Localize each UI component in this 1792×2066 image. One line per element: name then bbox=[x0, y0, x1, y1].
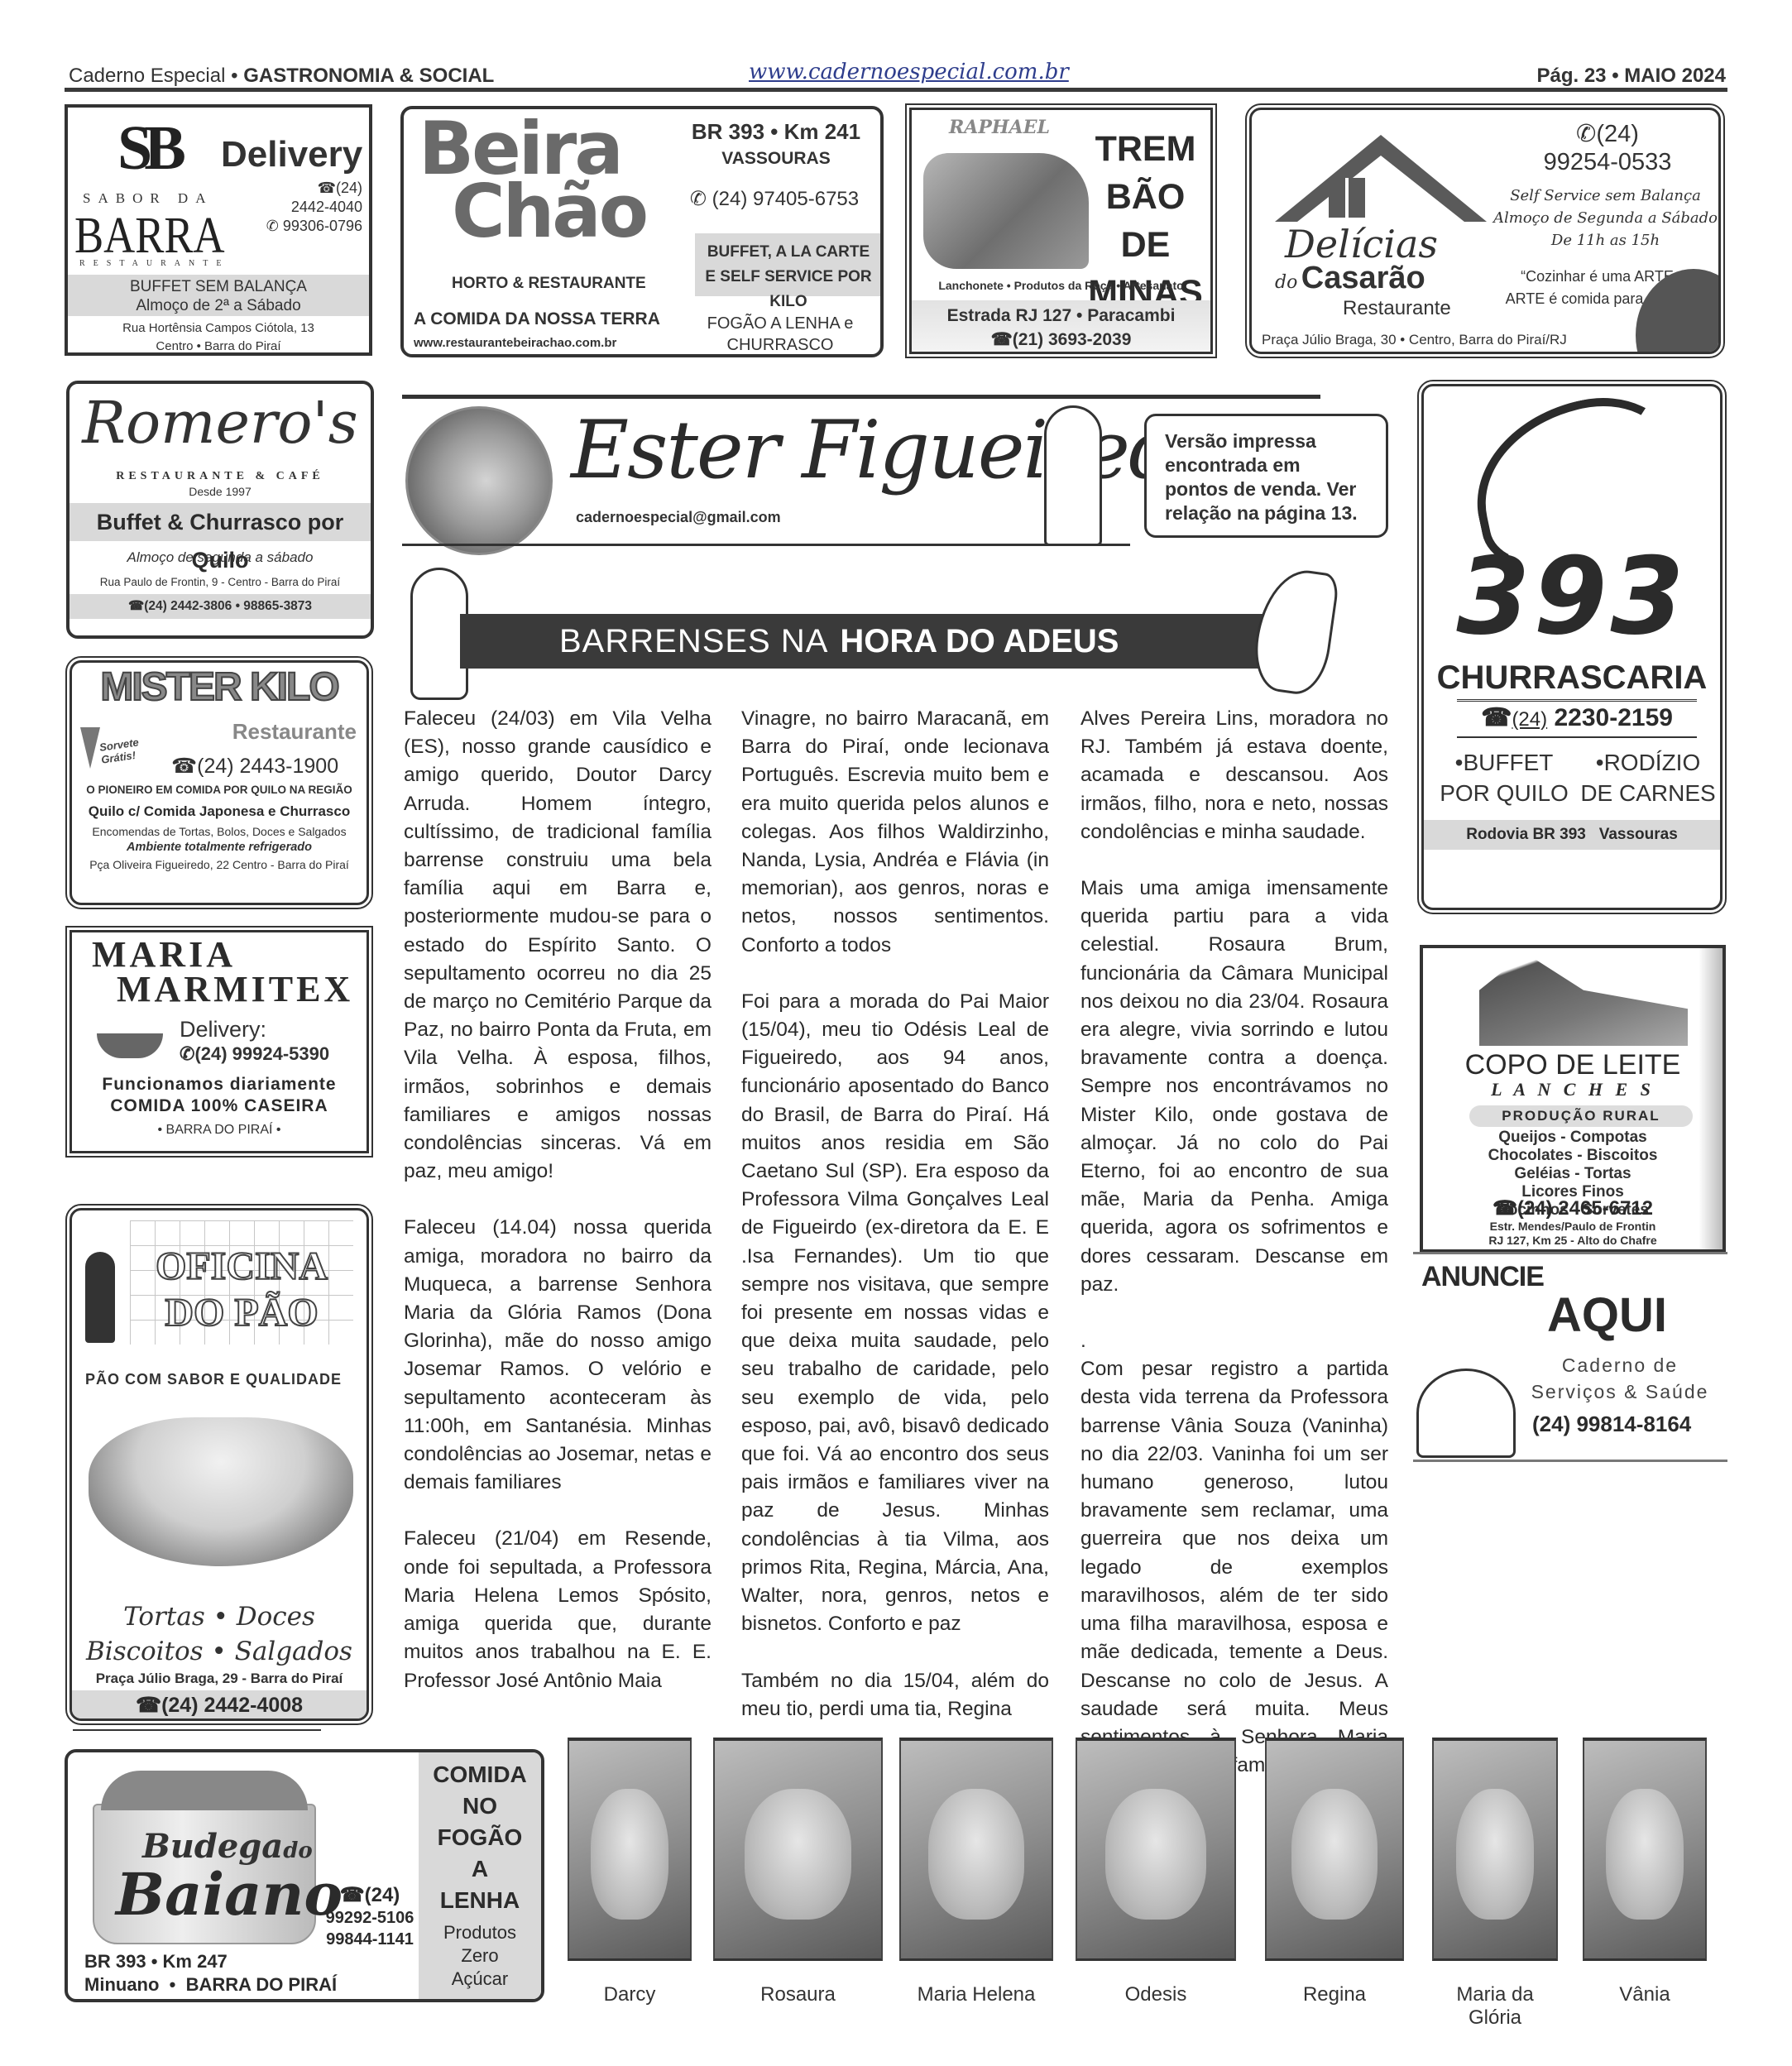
whatsapp-icon: ✆ bbox=[266, 218, 279, 234]
logo-sub: Restaurante bbox=[1343, 297, 1451, 320]
farmhouse-drawing-icon bbox=[1456, 953, 1688, 1046]
publication-name: Caderno Especial bbox=[69, 65, 225, 87]
buffet-band: Buffet & Churrasco por Quilo bbox=[69, 503, 371, 541]
tagline: PÃO COM SABOR E QUALIDADE bbox=[85, 1371, 342, 1388]
address: Pça Oliveira Figueiredo, 22 Centro - Bar… bbox=[72, 858, 367, 871]
address: Praça Júlio Braga, 30 • Centro, Barra do… bbox=[1262, 332, 1567, 348]
sub: L A N C H E S bbox=[1423, 1079, 1723, 1100]
title: COPO DE LEITE bbox=[1423, 1049, 1723, 1081]
headline-banner: BARRENSES NA HORA DO ADEUS bbox=[460, 614, 1287, 669]
brand-main: BARRA bbox=[74, 207, 225, 266]
hours: Almoço de segunda a sábado bbox=[69, 549, 371, 566]
phone: ✆(24) 99254-0533 bbox=[1525, 120, 1690, 176]
ad-beira-chao-main[interactable]: Beira Chão HORTO & RESTAURANTE BR 393 • … bbox=[400, 106, 884, 357]
ad-sabor-da-barra[interactable]: SB Delivery ☎(24) 2442-4040 ✆ 99306-0796… bbox=[65, 104, 372, 356]
face-icon bbox=[928, 1789, 1024, 1920]
paragraph: Vinagre, no bairro Maracanã, em Barra do… bbox=[741, 705, 1049, 960]
face-icon bbox=[1606, 1789, 1683, 1920]
article-column-2: Vinagre, no bairro Maracanã, em Barra do… bbox=[741, 705, 1049, 1723]
author-photo bbox=[405, 406, 553, 555]
house-window-icon bbox=[1329, 178, 1365, 218]
page-info: Pág. 23 • MAIO 2024 bbox=[1536, 65, 1726, 88]
photo-regina bbox=[1265, 1738, 1404, 1961]
headline-light: BARRENSES NA bbox=[559, 623, 828, 660]
anuncie-line2: AQUI bbox=[1547, 1287, 1667, 1343]
phone-icon: ☎ bbox=[340, 1884, 365, 1906]
logo-script: Delícias bbox=[1285, 222, 1438, 266]
products: Tortas • Doces Biscoitos • Salgados bbox=[72, 1599, 367, 1669]
line2: COMIDA 100% CASEIRA bbox=[72, 1096, 367, 1116]
author-email[interactable]: cadernoespecial@gmail.com bbox=[576, 509, 781, 526]
services: Lanchonete • Produtos da Roça • Artesana… bbox=[912, 279, 1210, 292]
article-column-1: Faleceu (24/03) em Vila Velha (ES), noss… bbox=[404, 705, 712, 1695]
line2: Quilo c/ Comida Japonesa e Churrasco bbox=[72, 803, 367, 820]
paragraph: Faleceu (14.04) nossa querida amiga, mor… bbox=[404, 1214, 712, 1497]
headline-bold: HORA DO ADEUS bbox=[840, 623, 1119, 660]
food-plate-icon bbox=[97, 1033, 163, 1058]
brand-top: SABOR DA bbox=[83, 190, 213, 207]
phone: ☎(24) 2230-2159 bbox=[1457, 699, 1697, 738]
address-band: Estrada RJ 127 • Paracambi ☎(21) 3693-20… bbox=[912, 300, 1210, 353]
phones: ☎(24) 99292-5106 99844-1141 bbox=[316, 1883, 424, 1950]
ad-oficina-pao[interactable]: OFICINA DO PÃO PÃO COM SABOR E QUALIDADE… bbox=[69, 1208, 369, 1721]
anuncie-sub: Caderno de Serviços & Saúde bbox=[1521, 1352, 1719, 1405]
section-name: GASTRONOMIA & SOCIAL bbox=[243, 65, 494, 87]
service-band: BUFFET, A LA CARTE E SELF SERVICE POR KI… bbox=[695, 233, 882, 296]
ad-romeros[interactable]: Romero's RESTAURANTE & CAFÉ Desde 1997 B… bbox=[66, 381, 374, 639]
ad-delicias-casarao[interactable]: Delícias do Casarão Restaurante ✆(24) 99… bbox=[1249, 108, 1721, 354]
whatsapp-icon: ✆ bbox=[180, 1043, 194, 1064]
service-1: •BUFFET POR QUILO bbox=[1434, 747, 1574, 808]
phone-icon: ☎ bbox=[318, 180, 336, 196]
photo-caption-regina: Regina bbox=[1265, 1983, 1404, 2006]
header-rule bbox=[65, 88, 1727, 92]
title: MARIA MARMITEX bbox=[92, 937, 353, 1007]
face-icon bbox=[745, 1789, 851, 1920]
bread-basket-icon bbox=[89, 1417, 353, 1566]
phones: ☎(24) 2442-3806 • 98865-3873 bbox=[69, 594, 371, 619]
sub: Restaurante bbox=[232, 719, 357, 745]
owner: RAPHAEL bbox=[949, 117, 1050, 138]
photo-darcy bbox=[568, 1738, 692, 1961]
phone: ☎(24) 2443-1900 bbox=[171, 754, 338, 779]
brand-sub: RESTAURANTE bbox=[79, 259, 229, 268]
photo-vania bbox=[1583, 1738, 1707, 1961]
photo-caption-darcy: Darcy bbox=[568, 1983, 692, 2006]
paragraph: Faleceu (24/03) em Vila Velha (ES), noss… bbox=[404, 705, 712, 1186]
service-2: •RODÍZIO DE CARNES bbox=[1574, 747, 1722, 808]
baker-silhouette-icon bbox=[85, 1252, 115, 1343]
pot-lid-icon bbox=[101, 1771, 308, 1810]
print-note: Versão impressa encontrada em pontos de … bbox=[1144, 414, 1388, 538]
bottom-left-rule bbox=[73, 1729, 321, 1731]
whatsapp-icon: ✆ bbox=[1576, 121, 1596, 147]
phone-icon: ☎ bbox=[128, 599, 144, 613]
dove-icon bbox=[1249, 564, 1340, 697]
anuncie-phone[interactable]: (24) 99814-8164 bbox=[1532, 1412, 1691, 1437]
face-icon bbox=[591, 1789, 668, 1920]
line1: Funcionamos diariamente bbox=[72, 1075, 367, 1095]
photo-caption-odesis: Odesis bbox=[1076, 1983, 1236, 2006]
phone-icon: ☎ bbox=[136, 1694, 161, 1717]
slogan: A COMIDA DA NOSSA TERRA bbox=[414, 309, 660, 329]
side-panel: COMIDA NO FOGÃO A LENHA Produtos Zero Aç… bbox=[419, 1752, 541, 1999]
phone: ✆(24) 99924-5390 bbox=[180, 1043, 329, 1065]
address: Rodovia BR 393 Vassouras bbox=[1424, 820, 1720, 850]
line4: Ambiente totalmente refrigerado bbox=[72, 841, 367, 854]
extra: FOGÃO A LENHA e CHURRASCO bbox=[693, 313, 867, 356]
ad-trem-bao[interactable]: RAPHAEL TREM BÃO DE MINAS Lanchonete • P… bbox=[909, 108, 1213, 354]
copo-address: Estr. Mendes/Paulo de FrontinRJ 127, Km … bbox=[1423, 1220, 1723, 1248]
place: Minuano • BARRA DO PIRAÍ bbox=[84, 1974, 337, 1996]
logo-2: Baiano bbox=[116, 1860, 343, 1929]
section-header: Caderno Especial • GASTRONOMIA & SOCIAL bbox=[69, 65, 494, 88]
face-icon bbox=[1105, 1789, 1206, 1920]
house-roof-inner bbox=[1293, 156, 1469, 225]
since: Desde 1997 bbox=[69, 485, 371, 498]
phone: ☎(24) 2442-4008 bbox=[72, 1690, 367, 1720]
paragraph: . bbox=[1080, 1327, 1388, 1355]
photo-odesis bbox=[1076, 1738, 1236, 1961]
photo-rosaura bbox=[713, 1738, 883, 1961]
logo-sub: HORTO & RESTAURANTE bbox=[452, 275, 646, 293]
whatsapp-icon: ✆ bbox=[690, 188, 707, 210]
hours: Self Service sem Balança Almoço de Segun… bbox=[1488, 185, 1721, 252]
number-393: 393 bbox=[1424, 544, 1720, 651]
photo-caption-vania: Vânia bbox=[1583, 1983, 1707, 2006]
phone: ✆ (24) 97405-6753 bbox=[667, 187, 882, 211]
paragraph: Alves Pereira Lins, moradora no RJ. Tamb… bbox=[1080, 705, 1388, 846]
sb-logo-icon: SB bbox=[117, 113, 178, 185]
paragraph: Mais uma amiga imensamente querida parti… bbox=[1080, 875, 1388, 1299]
promo: Sorvete Grátis! bbox=[98, 733, 159, 765]
title: OFICINA DO PÃO bbox=[117, 1244, 366, 1336]
phone-icon: ☎ bbox=[991, 330, 1013, 349]
paragraph: Com pesar registro a partida desta vida … bbox=[1080, 1355, 1388, 1780]
address: Praça Júlio Braga, 29 - Barra do Piraí bbox=[72, 1671, 367, 1687]
author-name: Ester Figueiredo bbox=[571, 404, 1224, 496]
website[interactable]: www.restaurantebeirachao.com.br bbox=[414, 336, 616, 350]
train-icon bbox=[923, 153, 1089, 269]
ad-mister-kilo-box[interactable]: MISTER KILO Restaurante Sorvete Grátis! … bbox=[69, 660, 369, 905]
paragraph: Foi para a morada do Pai Maior (15/04), … bbox=[741, 988, 1049, 1639]
road: BR 393 • Km 241 bbox=[677, 119, 875, 145]
anuncie-top-rule bbox=[1413, 1252, 1727, 1254]
copo-phone: ☎(24) 2465-6712 bbox=[1423, 1196, 1723, 1220]
address: Rua Hortênsia Campos Ciótola, 13 Centro … bbox=[68, 319, 369, 356]
logo: Romero's bbox=[69, 389, 371, 457]
column-bottom-rule bbox=[402, 544, 1130, 546]
ad-budega-baiano[interactable]: Budegado Baiano ☎(24) 99292-5106 99844-1… bbox=[65, 1749, 544, 2002]
ad-copo-de-leite[interactable]: COPO DE LEITE L A N C H E S PRODUÇÃO RUR… bbox=[1420, 945, 1726, 1253]
line3: Encomendas de Tortas, Bolos, Doces e Sal… bbox=[72, 825, 367, 838]
anuncie-bottom-rule bbox=[1413, 1460, 1727, 1462]
beira-logo: Beira Chão bbox=[419, 117, 646, 243]
title: CHURRASCARIA bbox=[1424, 659, 1720, 697]
ice-cream-icon bbox=[80, 727, 100, 769]
buffet-band: BUFFET SEM BALANÇA Almoço de 2ª a Sábado bbox=[68, 275, 369, 316]
paragraph: Também no dia 15/04, além do meu tio, pe… bbox=[741, 1667, 1049, 1723]
photo-maria-da-gloria bbox=[1432, 1738, 1558, 1961]
photo-caption-maria-helena: Maria Helena bbox=[899, 1983, 1053, 2006]
ad-maria-marmitex[interactable]: MARIA MARMITEX Delivery: ✆(24) 99924-539… bbox=[69, 930, 369, 1153]
paragraph: Faleceu (21/04) em Resende, onde foi sep… bbox=[404, 1525, 712, 1695]
website-link[interactable]: www.cadernoespecial.com.br bbox=[749, 60, 1069, 84]
phone-block: ☎(24) 2442-4040 ✆ 99306-0796 bbox=[266, 179, 362, 236]
phone-icon: ☎ bbox=[171, 755, 197, 778]
badge: PRODUÇÃO RURAL bbox=[1469, 1105, 1693, 1127]
city: • BARRA DO PIRAÍ • bbox=[72, 1123, 367, 1138]
face-icon bbox=[1456, 1789, 1535, 1920]
address: Rua Paulo de Frontin, 9 - Centro - Barra… bbox=[69, 576, 371, 588]
delivery-label: Delivery bbox=[221, 134, 362, 175]
city: VASSOURAS bbox=[677, 149, 875, 169]
column-top-rule bbox=[402, 395, 1320, 399]
phone-icon: ☎ bbox=[1481, 704, 1512, 731]
logo: MISTER KILO bbox=[72, 664, 367, 710]
logo-main: do Casarão bbox=[1275, 261, 1425, 296]
face-icon bbox=[1291, 1789, 1378, 1920]
article-column-3: Alves Pereira Lins, moradora no RJ. Tamb… bbox=[1080, 705, 1388, 1780]
anuncie-line1: ANUNCIE bbox=[1421, 1261, 1544, 1293]
cartoon-boy-icon bbox=[1044, 405, 1102, 546]
photo-maria-helena bbox=[899, 1738, 1053, 1961]
photo-caption-rosaura: Rosaura bbox=[713, 1983, 883, 2006]
delivery: Delivery: bbox=[180, 1017, 266, 1043]
photo-caption-maria-da-gloria: Maria da Glória bbox=[1432, 1983, 1558, 2030]
line1: O PIONEIRO EM COMIDA POR QUILO NA REGIÃO bbox=[72, 784, 367, 796]
ad-churrascaria-393[interactable]: 393 CHURRASCARIA ☎(24) 2230-2159 •BUFFET… bbox=[1421, 384, 1723, 910]
sub: RESTAURANTE & CAFÉ bbox=[69, 470, 371, 483]
bullet: • bbox=[231, 65, 237, 87]
road: BR 393 • Km 247 bbox=[84, 1951, 228, 1973]
reading-boy-icon bbox=[1416, 1369, 1516, 1458]
